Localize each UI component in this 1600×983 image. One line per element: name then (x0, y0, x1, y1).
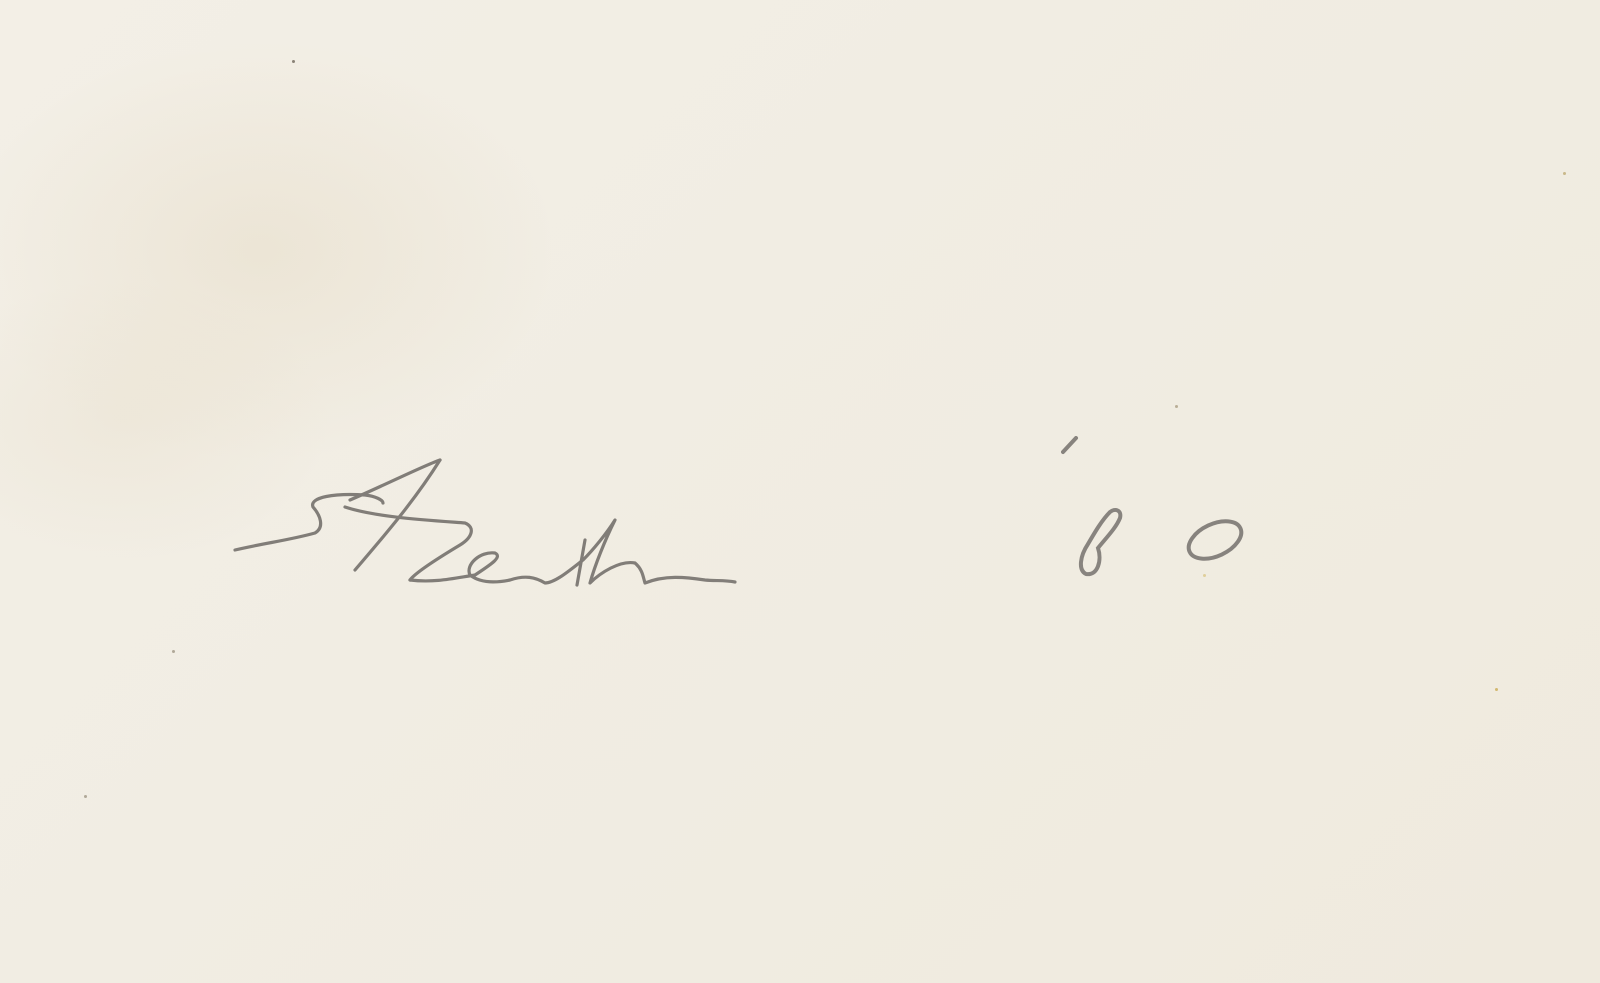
paper-speck (1563, 172, 1566, 175)
paper-speck (1495, 688, 1498, 691)
pencil-date (1060, 420, 1260, 600)
paper-sheet: Stella '80 (0, 0, 1600, 983)
paper-speck (172, 650, 175, 653)
date-text: '80 (0, 0, 1, 1)
paper-speck (84, 795, 87, 798)
pencil-signature (225, 445, 825, 595)
paper-speck (292, 60, 295, 63)
signature-text: Stella (0, 0, 1, 1)
paper-speck (1175, 405, 1178, 408)
